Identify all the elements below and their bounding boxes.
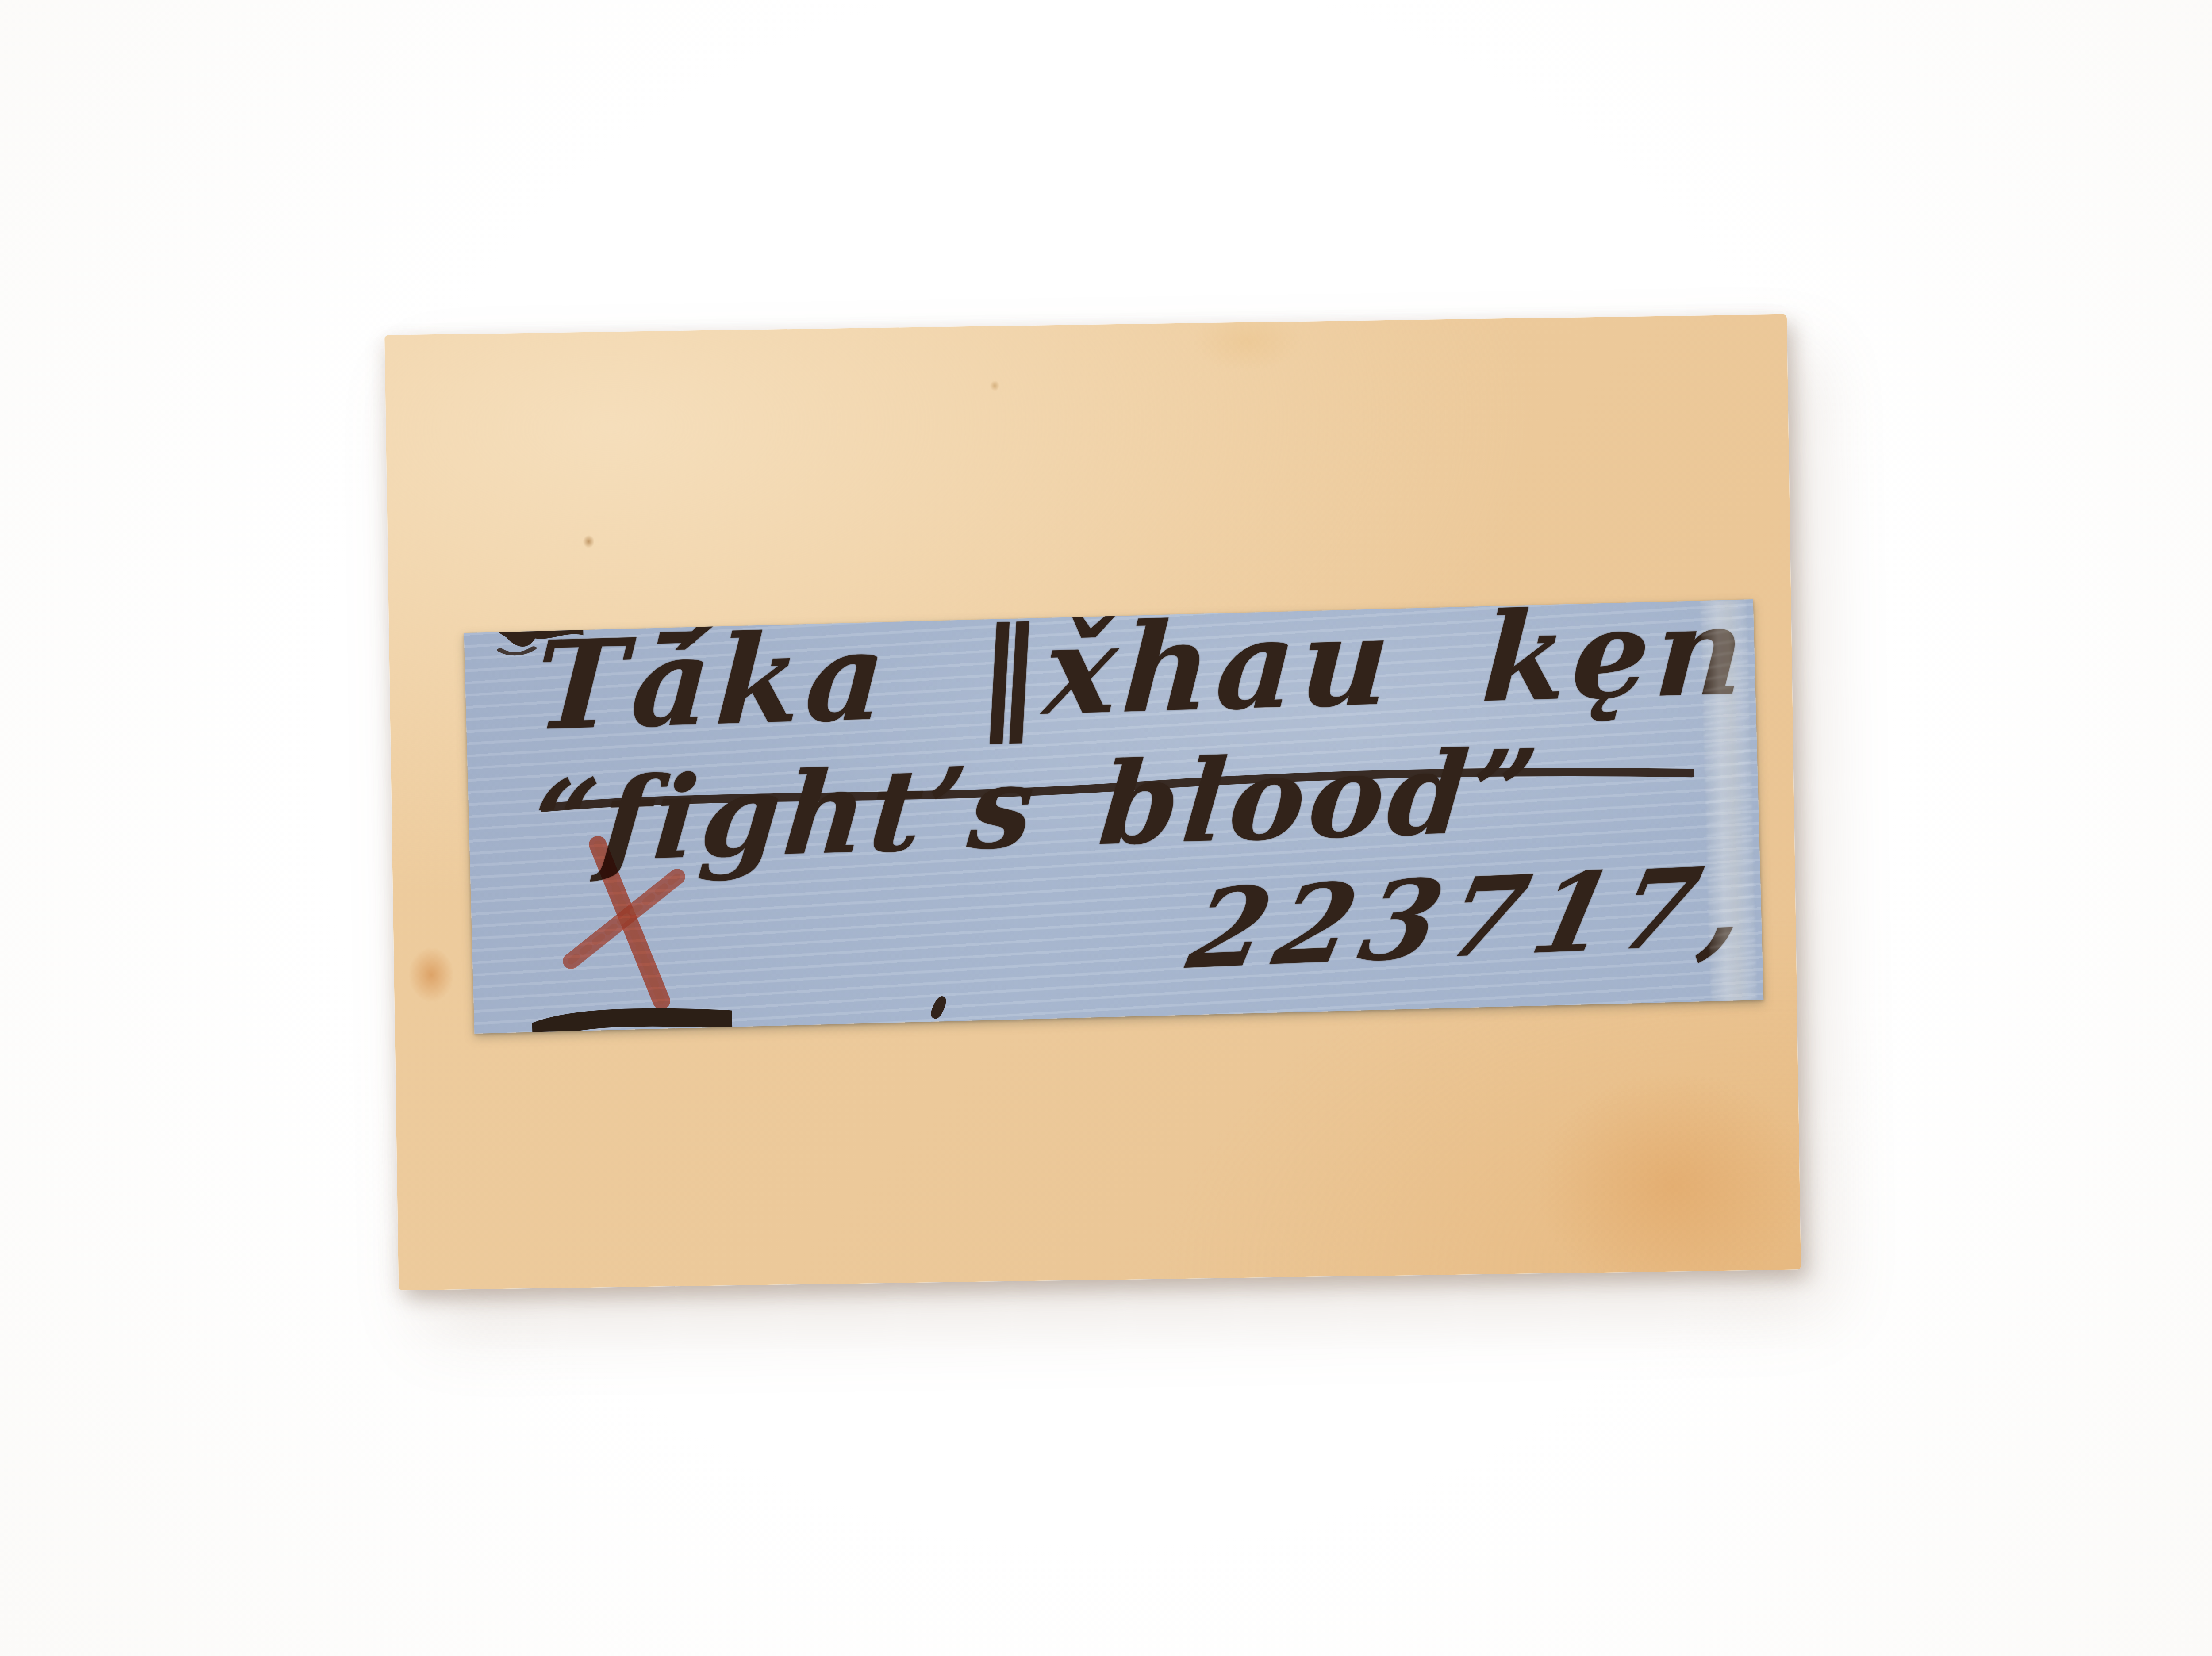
card-freckle	[581, 533, 596, 550]
card-stain-top-edge	[1169, 314, 1325, 385]
card-stain-left-edge	[399, 936, 463, 1013]
red-crayon-x-icon	[557, 832, 697, 1020]
card-freckle	[988, 379, 1001, 393]
ink-tick-icon	[929, 994, 949, 1021]
card-stain-bottom-right	[1475, 1020, 1801, 1291]
blue-paper-slip: Tā́ka ‖x̌hau kęn “fight’s blood” 223717,	[464, 599, 1764, 1034]
photo-backdrop: Tā́ka ‖x̌hau kęn “fight’s blood” 223717,	[0, 0, 2212, 1656]
catalog-number: 223717,	[1180, 851, 1763, 984]
